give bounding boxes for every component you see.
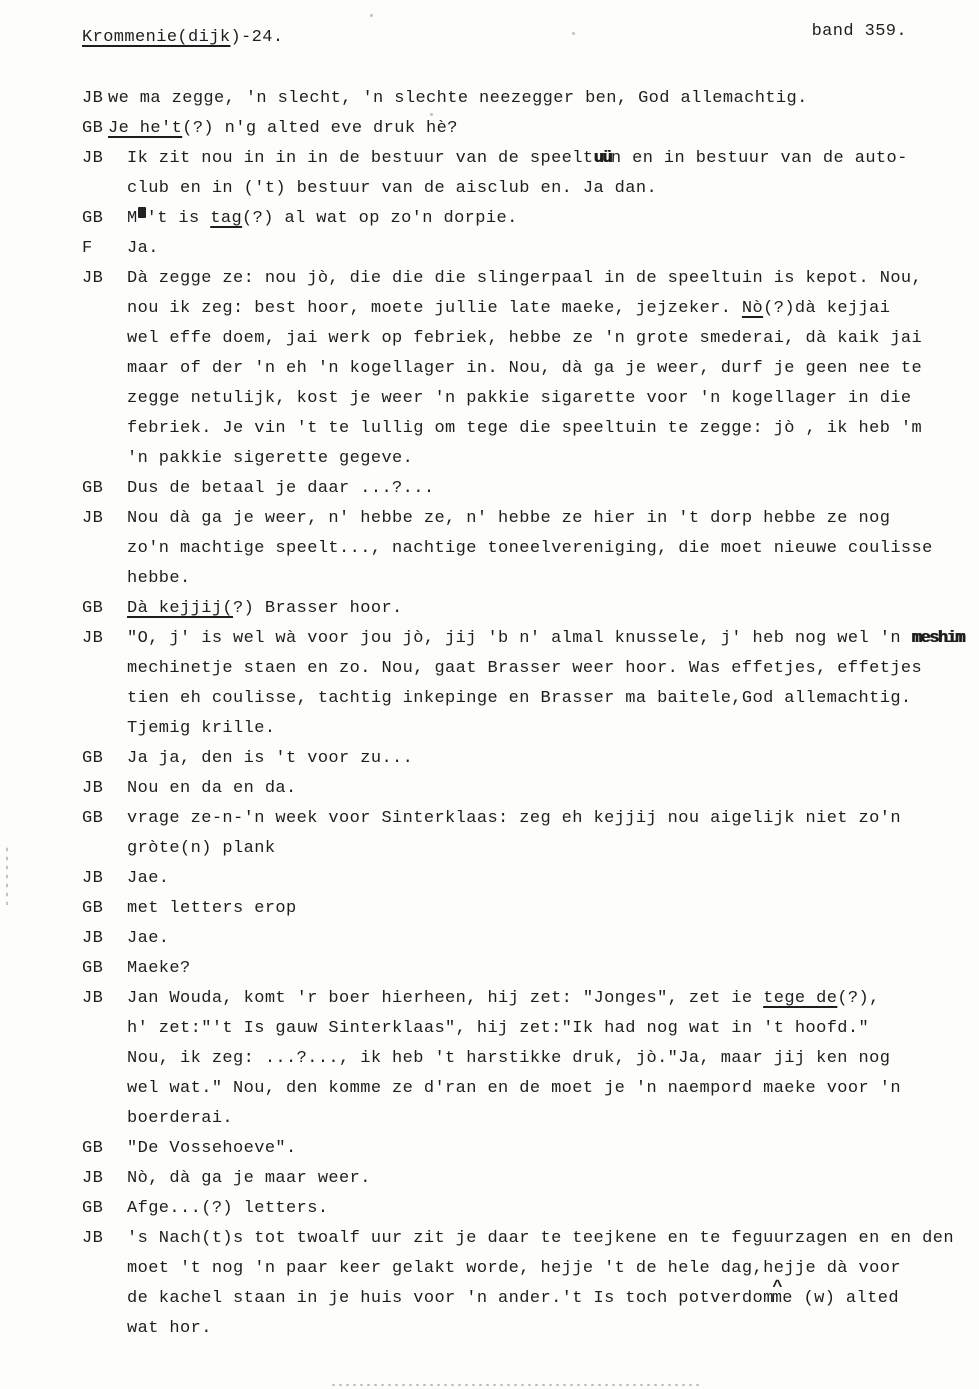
text-segment: club en in ('t) bestuur van de aisclub e… (127, 179, 657, 198)
transcript-utterance: JBJan Wouda, komt 'r boer hierheen, hij … (82, 984, 974, 1134)
text-segment: h' zet:"'t Is gauw Sinterklaas", hij zet… (127, 1019, 869, 1038)
transcript-line: club en in ('t) bestuur van de aisclub e… (127, 174, 974, 204)
transcript-line: febriek. Je vin 't te lullig om tege die… (127, 414, 974, 444)
text-segment: nou ik zeg: best hoor, moete jullie late… (127, 299, 742, 318)
transcript-line: mechinetje staen en zo. Nou, gaat Brasse… (127, 654, 974, 684)
page-title: Krommenie(dijk)-24. (82, 28, 283, 47)
speaker-label: GB (82, 594, 127, 624)
text-segment: n en in bestuur van de auto- (611, 149, 908, 168)
text-segment: met letters erop (127, 899, 297, 918)
speaker-label: GB (82, 894, 127, 924)
underlined-segment: tag (210, 209, 242, 228)
transcript-utterance: JBNou dà ga je weer, n' hebbe ze, n' heb… (82, 504, 974, 594)
transcript-line: de kachel staan in je huis voor 'n ander… (127, 1284, 974, 1314)
utterance-lines: "De Vossehoeve". (127, 1134, 974, 1164)
band-number: band 359. (812, 22, 907, 41)
transcript: JBwe ma zegge, 'n slecht, 'n slechte nee… (82, 84, 974, 1344)
transcript-utterance: JBJae. (82, 924, 974, 954)
transcript-line: Dà zegge ze: nou jò, die die die slinger… (127, 264, 974, 294)
transcript-line: maar of der 'n eh 'n kogellager in. Nou,… (127, 354, 974, 384)
utterance-lines: M't is tag(?) al wat op zo'n dorpie. (127, 204, 974, 234)
speaker-label: JB (82, 1164, 127, 1194)
transcript-utterance: JBNou en da en da. (82, 774, 974, 804)
utterance-lines: vrage ze-n-'n week voor Sinterklaas: zeg… (127, 804, 974, 864)
transcript-line: 's Nach(t)s tot twoalf uur zit je daar t… (127, 1224, 974, 1254)
utterance-lines: Jae. (127, 864, 974, 894)
text-segment: maar of der 'n eh 'n kogellager in. Nou,… (127, 359, 922, 378)
utterance-lines: Dà zegge ze: nou jò, die die die slinger… (127, 264, 974, 474)
text-segment: (?) n'g alted eve druk hè? (182, 119, 458, 138)
speaker-label: GB (82, 1194, 127, 1224)
text-segment: 'n pakkie sigerette gegeve. (127, 449, 413, 468)
text-segment: Nò, dà ga je maar weer. (127, 1169, 371, 1188)
utterance-lines: Dà kejjij(?) Brasser hoor. (127, 594, 974, 624)
scan-speck (430, 113, 433, 116)
text-segment: Dà zegge ze: nou jò, die die die slinger… (127, 269, 922, 288)
utterance-lines: Nou en da en da. (127, 774, 974, 804)
text-segment: Afge...(?) letters. (127, 1199, 328, 1218)
transcript-line: boerderai. (127, 1104, 974, 1134)
speaker-label: JB (82, 264, 127, 294)
transcript-line: Ik zit nou in in in de bestuur van de sp… (127, 144, 974, 174)
transcript-utterance: JB"O, j' is wel wà voor jou jò, jij 'b n… (82, 624, 974, 744)
utterance-lines: Nou dà ga je weer, n' hebbe ze, n' hebbe… (127, 504, 974, 594)
text-segment: Nou dà ga je weer, n' hebbe ze, n' hebbe… (127, 509, 890, 528)
transcript-line: hebbe. (127, 564, 974, 594)
speaker-label: JB (82, 84, 108, 114)
utterance-lines: Dus de betaal je daar ...?... (127, 474, 974, 504)
text-segment: ?) Brasser hoor. (233, 599, 403, 618)
overstruck-segment: uü (593, 149, 610, 168)
speaker-label: JB (82, 1224, 127, 1254)
scan-artifact-margin (6, 845, 8, 905)
speaker-label: JB (82, 924, 127, 954)
transcript-utterance: FJa. (82, 234, 974, 264)
transcript-line: wat hor. (127, 1314, 974, 1344)
text-segment: Tjemig krille. (127, 719, 275, 738)
transcript-line: gròte(n) plank (127, 834, 974, 864)
text-segment: wat hor. (127, 1319, 212, 1338)
text-segment: me (w) alted (772, 1289, 899, 1308)
transcript-line: Jae. (127, 864, 974, 894)
text-segment: febriek. Je vin 't te lullig om tege die… (127, 419, 922, 438)
overstruck-segment: meshim (912, 629, 964, 648)
text-segment: boerderai. (127, 1109, 233, 1128)
text-segment: Jan Wouda, komt 'r boer hierheen, hij ze… (127, 989, 763, 1008)
transcript-line: Ja. (127, 234, 974, 264)
transcript-line: Dà kejjij(?) Brasser hoor. (127, 594, 974, 624)
text-segment: wel wat." Nou, den komme ze d'ran en de … (127, 1079, 901, 1098)
text-segment: "O, j' is wel wà voor jou jò, jij 'b n' … (127, 629, 912, 648)
transcript-line: Nou, ik zeg: ...?..., ik heb 't harstikk… (127, 1044, 974, 1074)
transcript-line: Tjemig krille. (127, 714, 974, 744)
transcript-utterance: GBM't is tag(?) al wat op zo'n dorpie. (82, 204, 974, 234)
text-segment: 's Nach(t)s tot twoalf uur zit je daar t… (127, 1229, 954, 1248)
transcript-line: vrage ze-n-'n week voor Sinterklaas: zeg… (127, 804, 974, 834)
utterance-lines: Ik zit nou in in in de bestuur van de sp… (127, 144, 974, 204)
speaker-label: GB (82, 804, 127, 834)
scan-speck (572, 32, 575, 35)
transcript-utterance: GBDà kejjij(?) Brasser hoor. (82, 594, 974, 624)
transcript-line: we ma zegge, 'n slecht, 'n slechte neeze… (108, 84, 974, 114)
text-segment: Ja. (127, 239, 159, 258)
text-segment: hebbe. (127, 569, 191, 588)
text-segment: gròte(n) plank (127, 839, 275, 858)
transcript-line: "O, j' is wel wà voor jou jò, jij 'b n' … (127, 624, 974, 654)
transcript-utterance: GBAfge...(?) letters. (82, 1194, 974, 1224)
text-segment: Maeke? (127, 959, 191, 978)
text-segment: we ma zegge, 'n slecht, 'n slechte neeze… (108, 89, 808, 108)
text-segment: tien eh coulisse, tachtig inkepinge en B… (127, 689, 912, 708)
speaker-label: GB (82, 1134, 127, 1164)
speaker-label: JB (82, 624, 127, 654)
page-title-rest: )-24. (230, 28, 283, 47)
transcript-utterance: GBmet letters erop (82, 894, 974, 924)
transcript-utterance: JBIk zit nou in in in de bestuur van de … (82, 144, 974, 204)
speaker-label: JB (82, 144, 127, 174)
transcript-line: Jae. (127, 924, 974, 954)
text-segment: (?) al wat op zo'n dorpie. (242, 209, 518, 228)
transcript-line: Nò, dà ga je maar weer. (127, 1164, 974, 1194)
page-title-underlined: Krommenie(dijk (82, 28, 230, 47)
utterance-lines: "O, j' is wel wà voor jou jò, jij 'b n' … (127, 624, 974, 744)
utterance-lines: Nò, dà ga je maar weer. (127, 1164, 974, 1194)
overstrike-blot (138, 207, 146, 218)
transcript-utterance: JBJae. (82, 864, 974, 894)
text-segment: Ik zit nou in in in de bestuur van de sp… (127, 149, 593, 168)
transcript-utterance: JBNò, dà ga je maar weer. (82, 1164, 974, 1194)
text-segment: zegge netulijk, kost je weer 'n pakkie s… (127, 389, 912, 408)
text-segment: "De Vossehoeve". (127, 1139, 297, 1158)
text-segment: (?)dà kejjai (763, 299, 890, 318)
speaker-label: JB (82, 864, 127, 894)
speaker-label: GB (82, 114, 108, 144)
underlined-segment: tege de (763, 989, 837, 1008)
transcript-utterance: GBvrage ze-n-'n week voor Sinterklaas: z… (82, 804, 974, 864)
speaker-label: GB (82, 474, 127, 504)
utterance-lines: Je he't(?) n'g alted eve druk hè? (108, 114, 974, 144)
transcript-line: 'n pakkie sigerette gegeve. (127, 444, 974, 474)
speaker-label: GB (82, 954, 127, 984)
text-segment: Nou, ik zeg: ...?..., ik heb 't harstikk… (127, 1049, 890, 1068)
transcript-line: Je he't(?) n'g alted eve druk hè? (108, 114, 974, 144)
speaker-label: GB (82, 744, 127, 774)
transcript-utterance: GBDus de betaal je daar ...?... (82, 474, 974, 504)
transcript-line: moet 't nog 'n paar keer gelakt worde, h… (127, 1254, 974, 1284)
text-segment: vrage ze-n-'n week voor Sinterklaas: zeg… (127, 809, 901, 828)
transcript-line: Jan Wouda, komt 'r boer hierheen, hij ze… (127, 984, 974, 1014)
document-page: Krommenie(dijk)-24. band 359. JBwe ma ze… (0, 0, 979, 1389)
scan-speck (370, 14, 373, 17)
speaker-label: JB (82, 774, 127, 804)
transcript-line: zo'n machtige speelt..., nachtige toneel… (127, 534, 974, 564)
text-segment: (?), (837, 989, 879, 1008)
utterance-lines: Jae. (127, 924, 974, 954)
text-segment: de kachel staan in je huis voor 'n ander… (127, 1289, 774, 1308)
speaker-label: F (82, 234, 127, 264)
underlined-segment: Nò (742, 299, 763, 318)
text-segment: Ja ja, den is 't voor zu... (127, 749, 413, 768)
transcript-line: Dus de betaal je daar ...?... (127, 474, 974, 504)
speaker-label: GB (82, 204, 127, 234)
utterance-lines: Ja. (127, 234, 974, 264)
utterance-lines: met letters erop (127, 894, 974, 924)
transcript-line: Afge...(?) letters. (127, 1194, 974, 1224)
utterance-lines: Maeke? (127, 954, 974, 984)
underlined-segment: Je he't (108, 119, 182, 138)
transcript-line: h' zet:"'t Is gauw Sinterklaas", hij zet… (127, 1014, 974, 1044)
utterance-lines: 's Nach(t)s tot twoalf uur zit je daar t… (127, 1224, 974, 1344)
transcript-line: nou ik zeg: best hoor, moete jullie late… (127, 294, 974, 324)
utterance-lines: Ja ja, den is 't voor zu... (127, 744, 974, 774)
scan-artifact-bottom (330, 1384, 700, 1386)
transcript-utterance: JB's Nach(t)s tot twoalf uur zit je daar… (82, 1224, 974, 1344)
utterance-lines: Afge...(?) letters. (127, 1194, 974, 1224)
transcript-utterance: GB"De Vossehoeve". (82, 1134, 974, 1164)
text-segment: mechinetje staen en zo. Nou, gaat Brasse… (127, 659, 922, 678)
transcript-line: M't is tag(?) al wat op zo'n dorpie. (127, 204, 974, 234)
text-segment: Jae. (127, 869, 169, 888)
transcript-utterance: JBwe ma zegge, 'n slecht, 'n slechte nee… (82, 84, 974, 114)
text-segment: Dus de betaal je daar ...?... (127, 479, 434, 498)
text-segment: moet 't nog 'n paar keer gelakt worde, h… (127, 1259, 901, 1278)
transcript-line: Maeke? (127, 954, 974, 984)
speaker-label: JB (82, 504, 127, 534)
transcript-line: wel effe doem, jai werk op febriek, hebb… (127, 324, 974, 354)
text-segment: M (127, 209, 138, 228)
text-segment: 't is (147, 209, 211, 228)
utterance-lines: we ma zegge, 'n slecht, 'n slechte neeze… (108, 84, 974, 114)
transcript-utterance: GBJe he't(?) n'g alted eve druk hè? (82, 114, 974, 144)
speaker-label: JB (82, 984, 127, 1014)
caret-mark: ^ (772, 1273, 784, 1303)
text-segment: Jae. (127, 929, 169, 948)
transcript-utterance: GBJa ja, den is 't voor zu... (82, 744, 974, 774)
transcript-line: tien eh coulisse, tachtig inkepinge en B… (127, 684, 974, 714)
transcript-line: Nou en da en da. (127, 774, 974, 804)
transcript-line: zegge netulijk, kost je weer 'n pakkie s… (127, 384, 974, 414)
transcript-line: wel wat." Nou, den komme ze d'ran en de … (127, 1074, 974, 1104)
text-segment: zo'n machtige speelt..., nachtige toneel… (127, 539, 933, 558)
utterance-lines: Jan Wouda, komt 'r boer hierheen, hij ze… (127, 984, 974, 1134)
text-segment: Nou en da en da. (127, 779, 297, 798)
transcript-utterance: GBMaeke? (82, 954, 974, 984)
text-segment: wel effe doem, jai werk op febriek, hebb… (127, 329, 922, 348)
transcript-line: Nou dà ga je weer, n' hebbe ze, n' hebbe… (127, 504, 974, 534)
underlined-segment: Dà kejjij( (127, 599, 233, 618)
transcript-line: met letters erop (127, 894, 974, 924)
transcript-line: "De Vossehoeve". (127, 1134, 974, 1164)
transcript-utterance: JBDà zegge ze: nou jò, die die die sling… (82, 264, 974, 474)
transcript-line: Ja ja, den is 't voor zu... (127, 744, 974, 774)
